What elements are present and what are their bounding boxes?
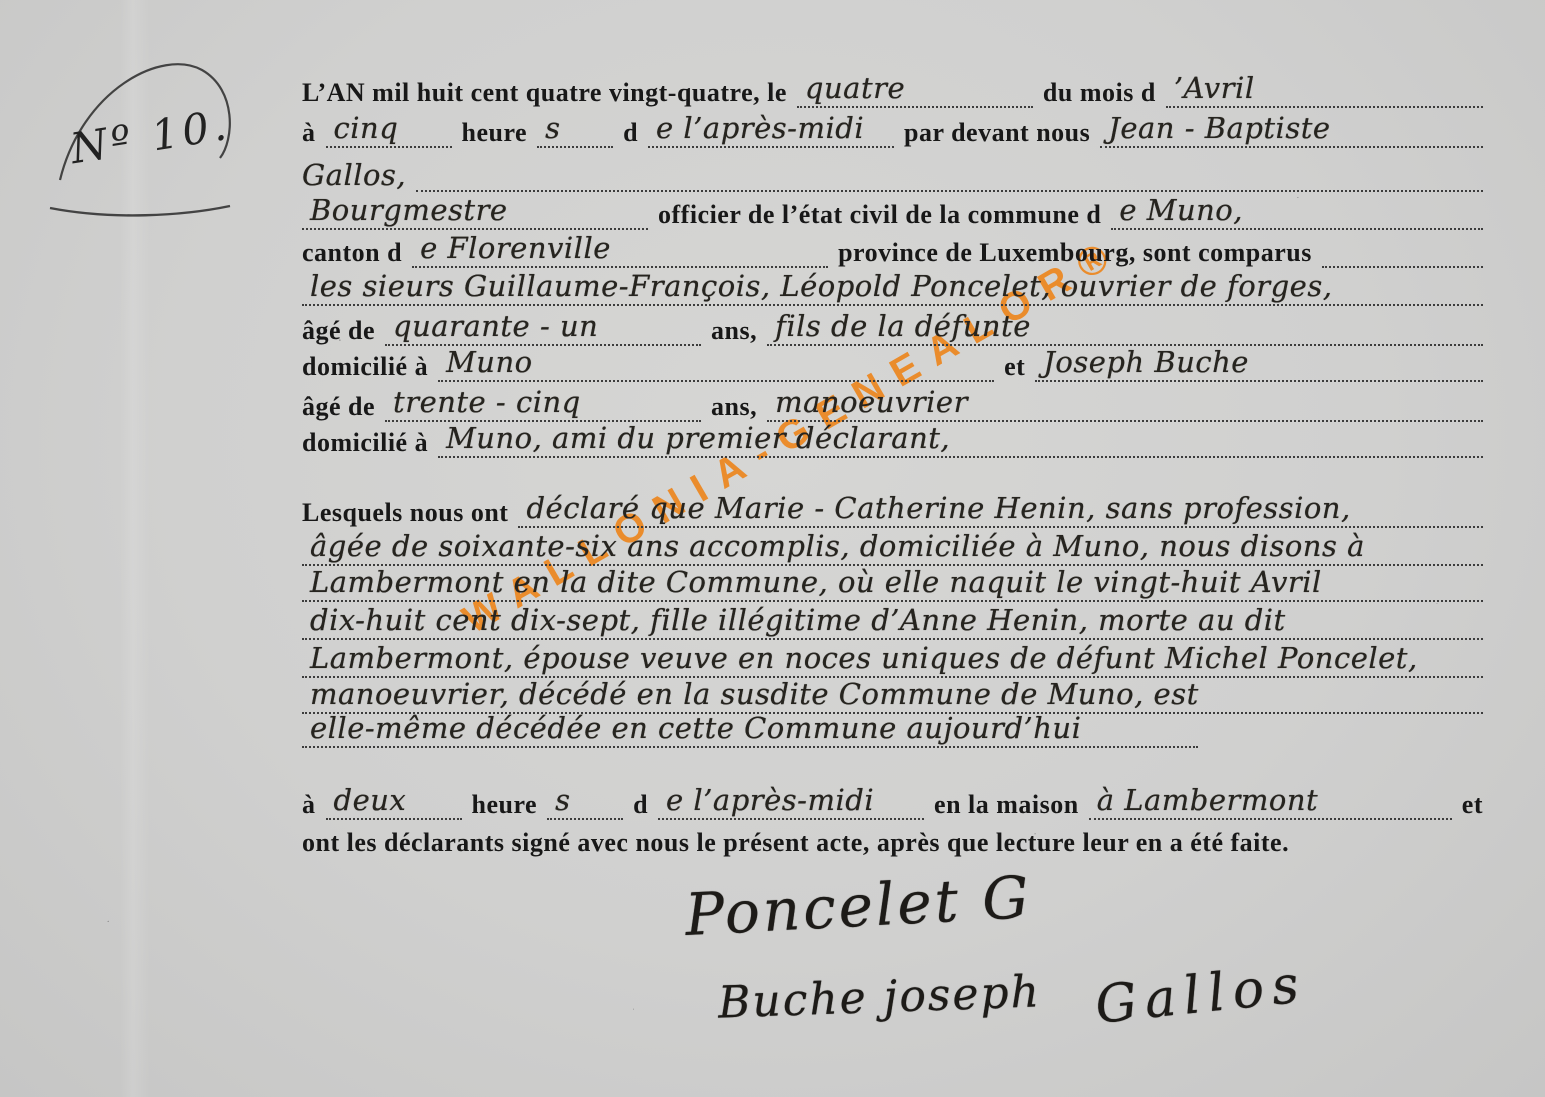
entry-death-hour: deux <box>326 783 462 820</box>
printed-et: et <box>1462 790 1483 820</box>
printed-before-us: par devant nous <box>904 118 1090 148</box>
line-canton-province: canton d e Florenville province de Luxem… <box>302 228 1483 268</box>
line-declaration-1: Lesquels nous ont déclaré que Marie - Ca… <box>302 488 1483 528</box>
entry-officer-title: Bourgmestre <box>302 193 648 230</box>
line-declaration-3: Lambermont en la dite Commune, où elle n… <box>302 562 1483 602</box>
entry-heure-plural: s <box>537 111 613 148</box>
entry-death-time-of-day: e l’après-midi <box>658 783 924 820</box>
line-declaration-2: âgée de soixante-six ans accomplis, domi… <box>302 526 1483 566</box>
printed-d: d <box>633 790 648 820</box>
printed-et: et <box>1004 352 1025 382</box>
line-declarant-2-age: âgé de trente - cinq ans, manoeuvrier <box>302 382 1483 422</box>
line-hour-officer: à cinq heure s d e l’après-midi par deva… <box>302 108 1483 148</box>
printed-province: province de Luxembourg, sont comparus <box>838 238 1312 268</box>
entry-declarant2-domicile-relation: Muno, ami du premier déclarant, <box>438 421 1483 458</box>
printed-lesquels: Lesquels nous ont <box>302 498 508 528</box>
line-declaration-7: elle-même décédée en cette Commune aujou… <box>302 708 1483 748</box>
line-declarant-1-age: âgé de quarante - un ans, fils de la déf… <box>302 306 1483 346</box>
entry-hour: cinq <box>326 111 452 148</box>
line-declaration-5: Lambermont, épouse veuve en noces unique… <box>302 638 1483 678</box>
printed-closing: ont les déclarants signé avec nous le pr… <box>302 828 1289 858</box>
printed-month-phrase: du mois d <box>1043 78 1156 108</box>
entry-death-place: à Lambermont <box>1089 783 1452 820</box>
printed-heure: heure <box>472 790 538 820</box>
entry-declarant1-name-occupation: les sieurs Guillaume-François, Léopold P… <box>302 269 1483 306</box>
printed-domicile: domicilié à <box>302 352 428 382</box>
printed-canton: canton d <box>302 238 402 268</box>
printed-domicile: domicilié à <box>302 428 428 458</box>
entry-deceased-name: déclaré que Marie - Catherine Henin, san… <box>518 491 1483 528</box>
entry-birth-place-date: Lambermont en la dite Commune, où elle n… <box>302 565 1483 602</box>
entry-heure-plural: s <box>547 783 623 820</box>
line-death-hour-place: à deux heure s d e l’après-midi en la ma… <box>302 780 1483 820</box>
printed-civil-officer: officier de l’état civil de la commune d <box>658 200 1101 230</box>
line-declaration-4: dix-huit cent dix-sept, fille illégitime… <box>302 600 1483 640</box>
entry-declarant1-relation: fils de la défunte <box>767 309 1483 346</box>
printed-heure: heure <box>462 118 528 148</box>
printed-at: à <box>302 118 316 148</box>
line-closing-formula: ont les déclarants signé avec nous le pr… <box>302 818 1483 858</box>
line-officer-surname: Gallos, <box>302 152 1483 192</box>
entry-widow-of: Lambermont, épouse veuve en noces unique… <box>302 641 1483 678</box>
entry-day-of-month: quatre <box>797 71 1033 108</box>
line-declarant-2-domicile: domicilié à Muno, ami du premier déclara… <box>302 418 1483 458</box>
signature-gallos: Gallos <box>1092 954 1309 1036</box>
entry-canton: e Florenville <box>412 231 828 268</box>
printed-d: d <box>623 118 638 148</box>
entry-month: ’Avril <box>1166 71 1483 108</box>
line-declarant-1-domicile: domicilié à Muno et Joseph Buche <box>302 342 1483 382</box>
entry-deceased-age-domicile: âgée de soixante-six ans accomplis, domi… <box>302 529 1483 566</box>
entry-time-of-day: e l’après-midi <box>648 111 894 148</box>
printed-in-the-house: en la maison <box>934 790 1079 820</box>
line-year-date: L’AN mil huit cent quatre vingt-quatre, … <box>302 68 1483 108</box>
entry-declarant2-name: Joseph Buche <box>1035 345 1483 382</box>
printed-at: à <box>302 790 316 820</box>
entry-declarant1-age: quarante - un <box>385 309 701 346</box>
signature-poncelet: Poncelet G <box>683 863 1033 949</box>
entry-birth-year-filiation: dix-huit cent dix-sept, fille illégitime… <box>302 603 1483 640</box>
line-declarant-1: les sieurs Guillaume-François, Léopold P… <box>302 266 1483 306</box>
scanned-death-record-page: Nº 10. WALLONIA-GENEALOR® L’AN mil huit … <box>0 0 1545 1097</box>
line-officer-title-commune: Bourgmestre officier de l’état civil de … <box>302 190 1483 230</box>
entry-declarant1-domicile: Muno <box>438 345 994 382</box>
entry-declarant2-age: trente - cinq <box>385 385 701 422</box>
entry-officer-surname: Gallos, <box>302 158 406 192</box>
entry-declarant2-occupation: manoeuvrier <box>767 385 1483 422</box>
act-number-block: Nº 10. <box>42 30 292 220</box>
entry-death-statement: elle-même décédée en cette Commune aujou… <box>302 711 1198 748</box>
entry-officer-firstname: Jean - Baptiste <box>1100 111 1483 148</box>
printed-year-phrase: L’AN mil huit cent quatre vingt-quatre, … <box>302 78 787 108</box>
entry-commune: e Muno, <box>1111 193 1483 230</box>
signature-buche: Buche joseph <box>717 966 1042 1028</box>
